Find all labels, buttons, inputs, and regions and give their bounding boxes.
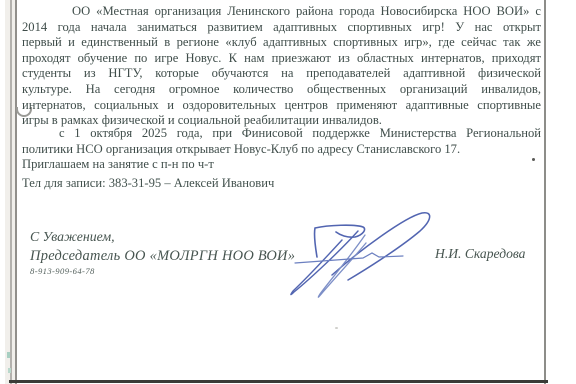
- body-line: первый и единственный в регионе «клуб ад…: [22, 35, 541, 51]
- body-line: ОО «Местная организация Ленинского район…: [22, 4, 541, 20]
- scan-edge-line-left-outer: [10, 0, 12, 384]
- body-line: культуре. На сегодня огромное количество…: [22, 82, 541, 98]
- scan-edge-line-left-inner: [15, 0, 17, 384]
- body-line: проходят обучение по игре Новус. К нам п…: [22, 51, 541, 67]
- closing-title-line: Председатель ОО «МОЛРГН НОО ВОИ»: [30, 248, 295, 265]
- closing-phone-small: 8-913-909-64-78: [30, 266, 95, 276]
- scan-edge-line-bottom: [9, 380, 548, 383]
- letter-page: ОО «Местная организация Ленинского район…: [0, 0, 576, 384]
- body-line: интернатов, социальных и оздоровительных…: [22, 98, 541, 114]
- paragraph-1: ОО «Местная организация Ленинского район…: [22, 4, 541, 129]
- scan-artifact-tick: [8, 368, 11, 373]
- paragraph-2: с 1 октября 2025 года, при Финисовой под…: [22, 126, 541, 173]
- body-line: студенты из НГТУ, которые обучаются на п…: [22, 66, 541, 82]
- body-line: политики НСО организация открывает Новус…: [22, 142, 541, 158]
- scan-edge-line-right: [544, 0, 546, 384]
- body-line: Приглашаем на занятие с п-н по ч-т: [22, 157, 541, 173]
- scan-artifact-tick: [7, 352, 10, 358]
- signature-ink: [270, 195, 480, 335]
- body-line: 2014 года начала заниматься развитием ад…: [22, 20, 541, 36]
- closing-salutation: С Уважением,: [30, 229, 115, 245]
- body-line: с 1 октября 2025 года, при Финисовой под…: [22, 126, 541, 142]
- phone-line: Тел для записи: 383-31-95 – Алексей Иван…: [22, 176, 541, 192]
